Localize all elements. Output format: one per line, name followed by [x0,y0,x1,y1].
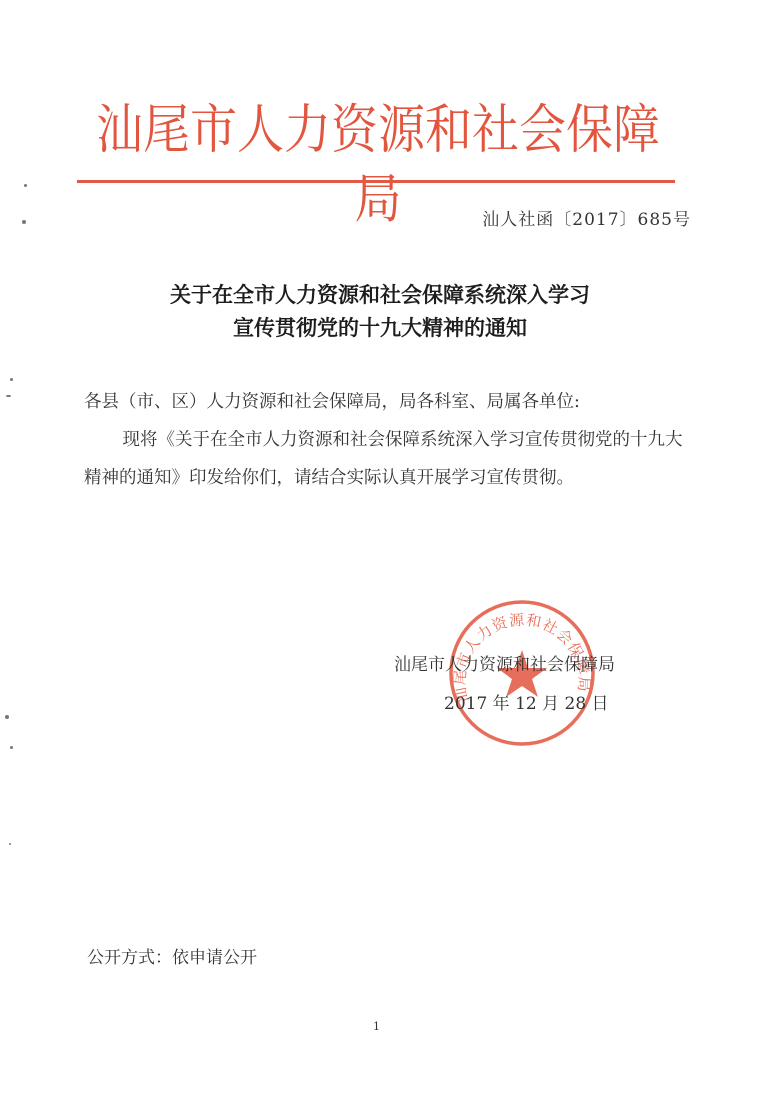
scan-speck [24,184,27,187]
body-text: 各县（市、区）人力资源和社会保障局，局各科室、局属各单位: 现将《关于在全市人力… [84,383,684,497]
scan-speck [9,843,11,845]
notice-title-line-1: 关于在全市人力资源和社会保障系统深入学习 [80,278,680,311]
scan-speck [5,715,9,719]
scan-speck [10,378,13,381]
signature-organization: 汕尾市人力资源和社会保障局 [394,646,615,685]
body-paragraph: 现将《关于在全市人力资源和社会保障系统深入学习宣传贯彻党的十九大精神的通知》印发… [84,421,684,497]
letterhead-red-rule [77,180,675,183]
scan-speck [6,395,11,397]
signature-date: 2017 年 12 月 28 日 [394,685,615,724]
scan-speck [22,220,26,224]
notice-title-line-2: 宣传贯彻党的十九大精神的通知 [80,311,680,344]
scan-speck [10,746,13,749]
disclosure-method: 公开方式：依申请公开 [87,943,257,968]
signature-block: 汕尾市人力资源和社会保障局 2017 年 12 月 28 日 [394,646,615,724]
page-number: 1 [373,1020,380,1033]
notice-title: 关于在全市人力资源和社会保障系统深入学习 宣传贯彻党的十九大精神的通知 [80,278,680,344]
document-number: 汕人社函〔2017〕685号 [482,205,691,230]
salutation: 各县（市、区）人力资源和社会保障局，局各科室、局属各单位: [84,383,684,421]
document-page: 汕尾市人力资源和社会保障局 汕人社函〔2017〕685号 关于在全市人力资源和社… [0,0,759,1098]
